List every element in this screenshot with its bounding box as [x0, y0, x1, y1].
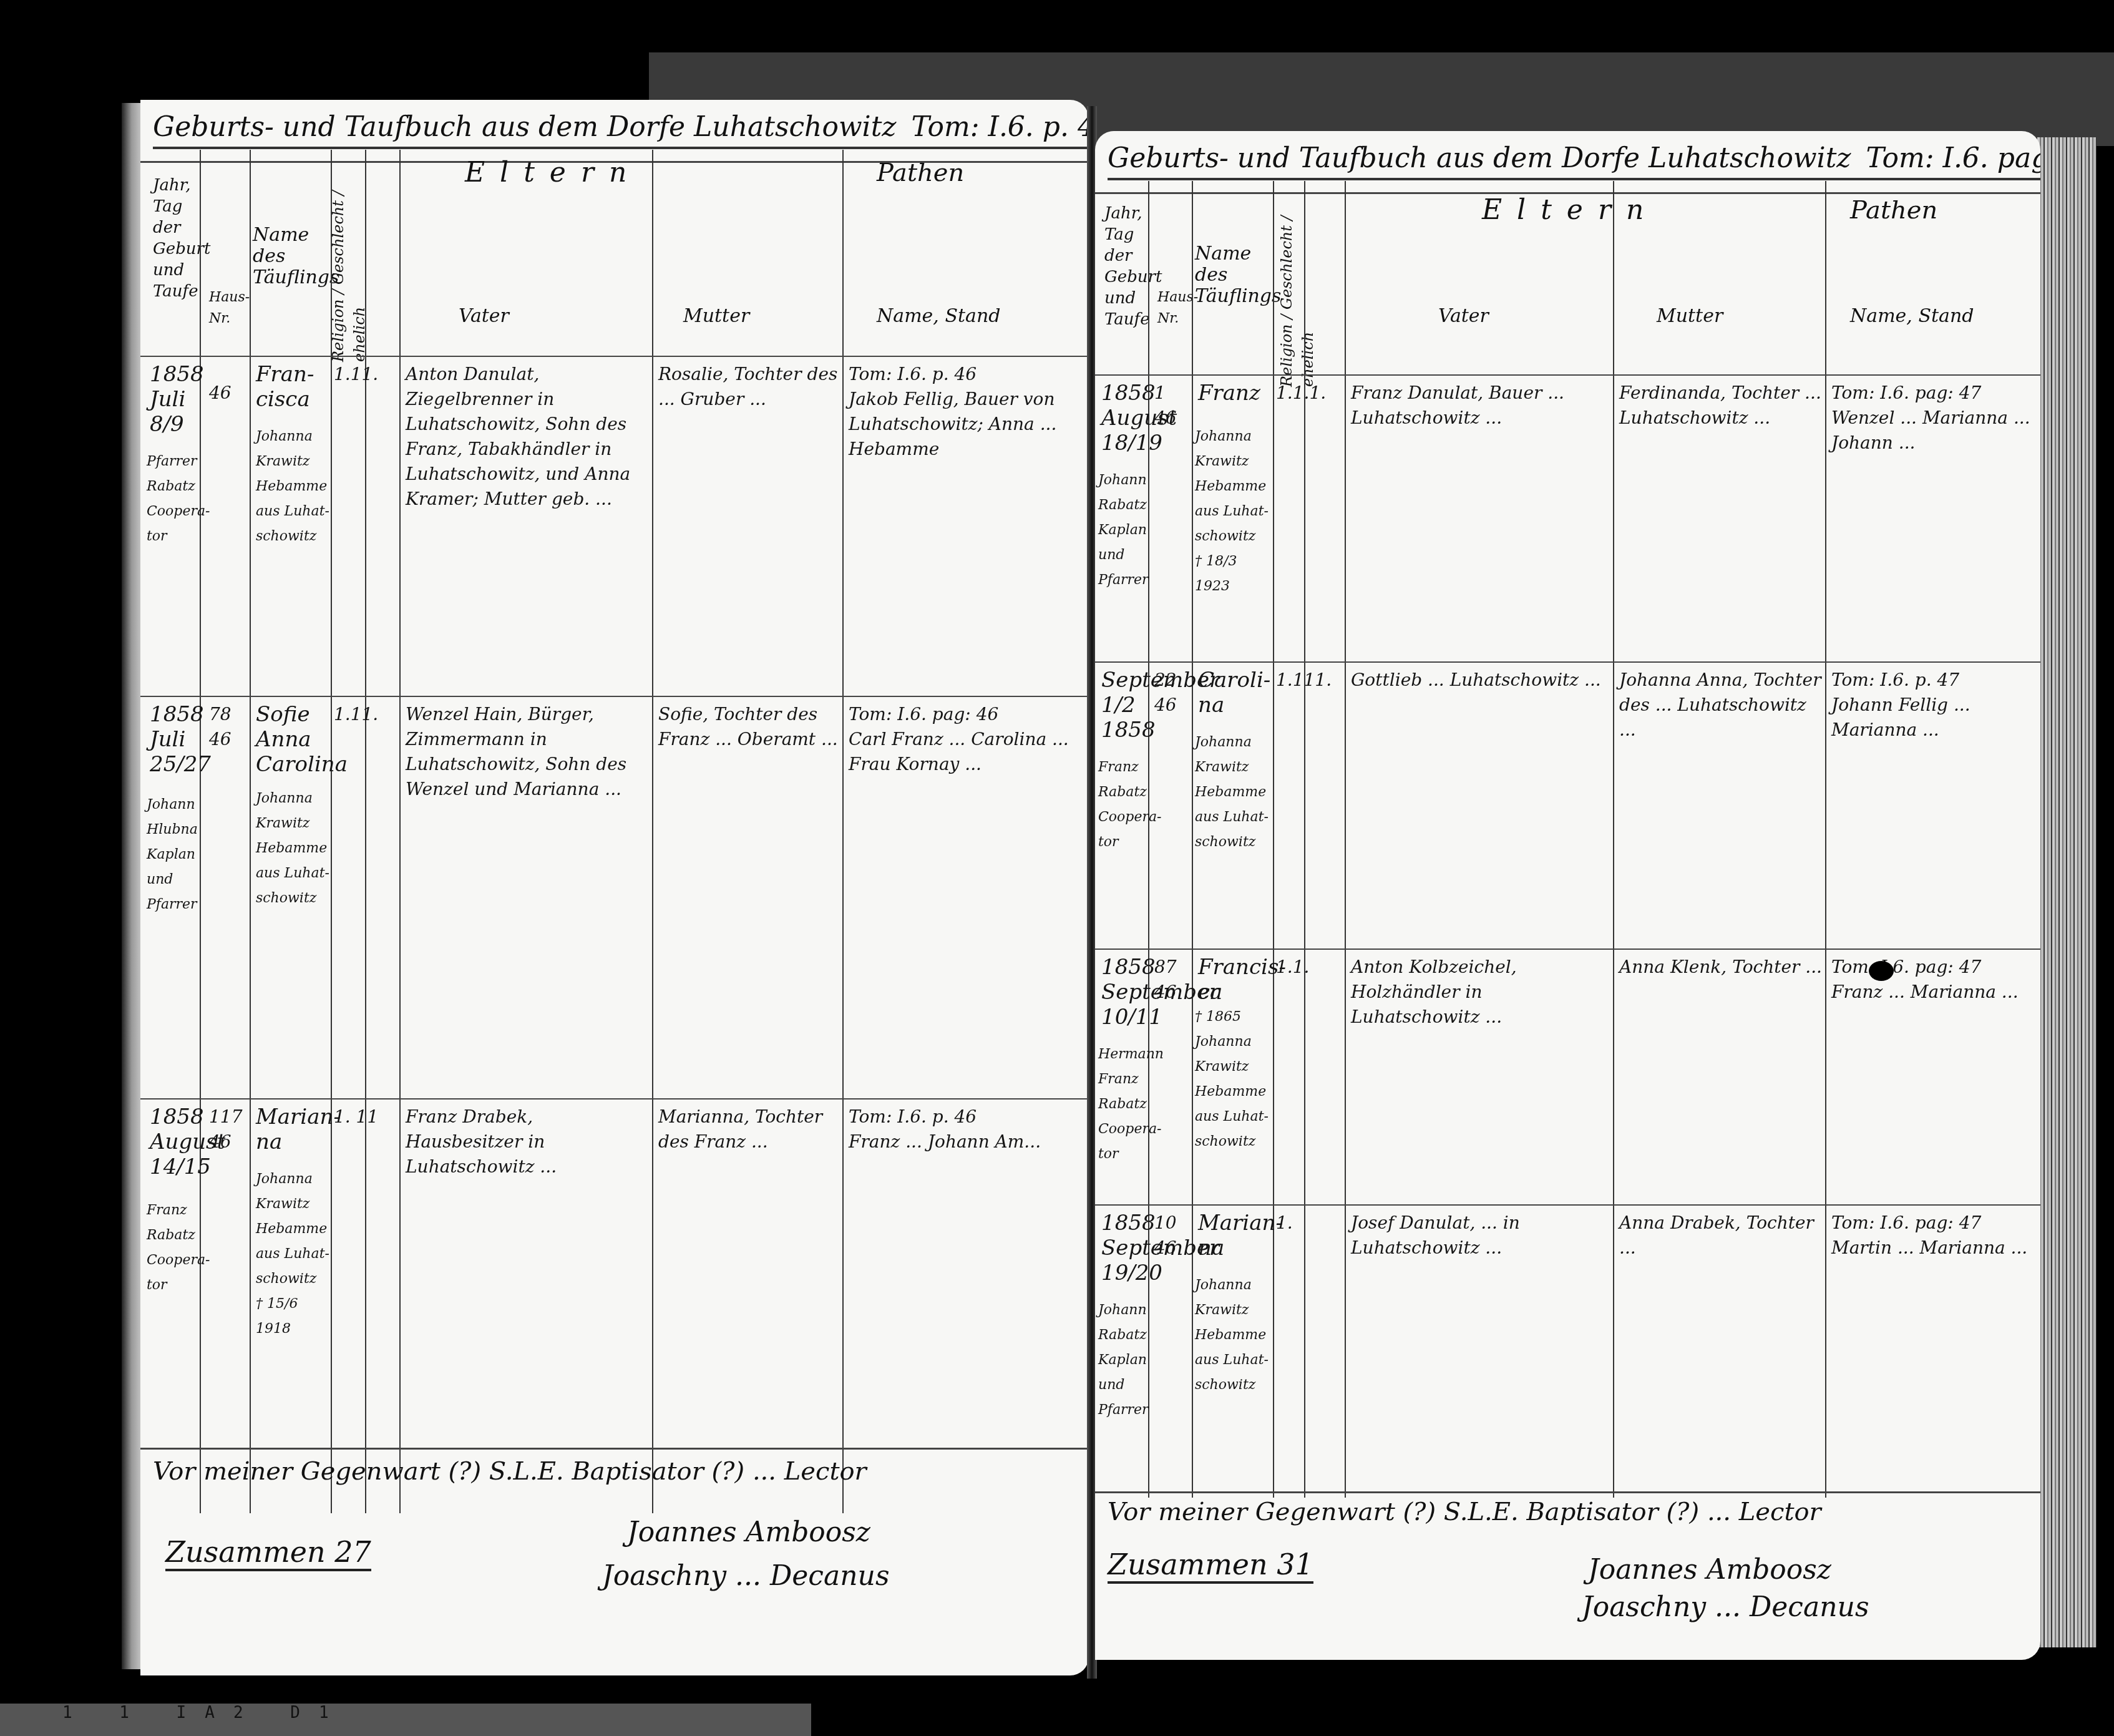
entry-name: Fran- cisca: [256, 362, 331, 412]
column-rule: [652, 150, 653, 1513]
entry-godparents: Tom: I.6. pag: 47 Martin ... Marianna ..…: [1831, 1211, 2031, 1261]
entry-name: Francis- ca: [1198, 955, 1273, 1005]
signature: Joannes Amboosz: [1588, 1554, 1831, 1586]
entry-father: Gottlieb ... Luhatschowitz ...: [1351, 668, 1610, 693]
entry-flags: 1.1.: [1276, 955, 1345, 980]
entry-house: 78 46: [209, 702, 246, 752]
right-page: Geburts- und Taufbuch aus dem Dorfe Luha…: [1095, 131, 2040, 1660]
entry-name: Sofie Anna Carolina: [256, 702, 331, 777]
entry-name: Franz: [1198, 381, 1273, 406]
entry-priest: Johann Rabatz Kaplan und Pfarrer: [1098, 468, 1151, 593]
column-rule: [1192, 181, 1193, 1498]
entry-father: Josef Danulat, ... in Luhatschowitz ...: [1351, 1211, 1610, 1261]
entry-date: 1858 Juli 8/9: [150, 362, 200, 437]
attestation: Vor meiner Gegenwart (?) S.L.E. Baptisat…: [153, 1457, 867, 1486]
column-rule: [365, 150, 366, 1513]
entry-midwife: Johanna Krawitz Hebamme aus Luhat- schow…: [256, 1167, 337, 1342]
page-title: Geburts- und Taufbuch aus dem Dorfe Luha…: [153, 111, 1089, 149]
entry-date: 1858 September 10/11: [1101, 955, 1151, 1030]
entry-mother: Anna Klenk, Tochter ...: [1619, 955, 1822, 980]
tom-reference: Tom: I.6. p. 46: [912, 111, 1089, 143]
row-rule: [140, 1448, 1089, 1450]
entry-flags: 1.11.: [334, 362, 396, 387]
entry-name: Caroli- na: [1198, 668, 1273, 718]
entry-priest: Franz Rabatz Coopera- tor: [147, 1198, 203, 1298]
header-date: Jahr, Tag der Geburt und Taufe: [153, 175, 203, 302]
scan-ruler: 1 1 IA2 D1: [0, 1704, 811, 1736]
row-rule: [140, 1098, 1089, 1100]
column-rule: [842, 150, 844, 1513]
entry-priest: Johann Rabatz Kaplan und Pfarrer: [1098, 1298, 1151, 1423]
entry-priest: Hermann Franz Rabatz Coopera- tor: [1098, 1042, 1151, 1167]
header-parents-group: Eltern: [465, 162, 641, 183]
total-count: Zusammen 27: [165, 1535, 371, 1571]
attestation: Vor meiner Gegenwart (?) S.L.E. Baptisat…: [1108, 1498, 1821, 1526]
column-rule: [1304, 181, 1305, 1498]
entry-priest: Franz Rabatz Coopera- tor: [1098, 755, 1151, 855]
entry-house: 1 46: [1154, 381, 1192, 431]
header-flags: Religion / Geschlecht / ehelich: [328, 175, 370, 362]
entry-name: Marian- na: [256, 1105, 331, 1154]
entry-flags: 1.111.: [1276, 668, 1345, 693]
entry-mother: Ferdinanda, Tochter ... Luhatschowitz ..…: [1619, 381, 1822, 431]
row-rule: [1095, 1204, 2040, 1206]
header-godparents: Name, Stand: [1850, 306, 1974, 327]
header-godparents-group: Pathen: [1850, 200, 1937, 221]
header-mother: Mutter: [683, 306, 749, 327]
entry-priest: Johann Hlubna Kaplan und Pfarrer: [147, 792, 203, 917]
entry-date: 1858 August 14/15: [150, 1105, 200, 1179]
entry-date: 1858 September 19/20: [1101, 1211, 1151, 1285]
entry-father: Wenzel Hain, Bürger, Zimmermann in Luhat…: [406, 702, 649, 802]
entry-date: 1858 August 18/19: [1101, 381, 1151, 456]
entry-midwife: † 1865 Johanna Krawitz Hebamme aus Luhat…: [1195, 1005, 1276, 1154]
entry-midwife: Johanna Krawitz Hebamme aus Luhat- schow…: [256, 786, 331, 911]
header-name: Name des Täuflings: [253, 225, 328, 288]
column-rule: [250, 150, 251, 1513]
entry-date: 1858 Juli 25/27: [150, 702, 200, 777]
entry-midwife: Johanna Krawitz Hebamme aus Luhat- schow…: [1195, 424, 1276, 599]
signature: Joaschny ... Decanus: [1582, 1591, 1869, 1623]
header-father: Vater: [459, 306, 509, 327]
entry-mother: Rosalie, Tochter des ... Gruber ...: [658, 362, 839, 412]
header-house: Haus-Nr.: [1157, 287, 1195, 329]
total-count: Zusammen 31: [1108, 1548, 1313, 1584]
left-page: Geburts- und Taufbuch aus dem Dorfe Luha…: [140, 100, 1089, 1675]
header-date: Jahr, Tag der Geburt und Taufe: [1104, 203, 1154, 330]
entry-father: Franz Drabek, Hausbesitzer in Luhatschow…: [406, 1105, 649, 1179]
entry-father: Franz Danulat, Bauer ... Luhatschowitz .…: [1351, 381, 1610, 431]
signature: Joannes Amboosz: [627, 1516, 870, 1548]
entry-godparents: Tom: I.6. pag: 47 Wenzel ... Marianna ..…: [1831, 381, 2031, 456]
entry-flags: 1. 11: [334, 1105, 396, 1129]
entry-flags: 1.: [1276, 1211, 1345, 1236]
row-rule: [1095, 948, 2040, 950]
entry-godparents: Tom: I.6. pag: 47 Franz ... Marianna ...: [1831, 955, 2031, 1005]
entry-midwife: Johanna Krawitz Hebamme aus Luhat- schow…: [1195, 1273, 1276, 1398]
entry-mother: Anna Drabek, Tochter ...: [1619, 1211, 1822, 1261]
row-rule: [1095, 661, 2040, 663]
row-rule: [140, 356, 1089, 357]
entry-mother: Johanna Anna, Tochter des ... Luhatschow…: [1619, 668, 1822, 743]
header-mother: Mutter: [1657, 306, 1723, 327]
entry-house: 22 46: [1154, 668, 1192, 718]
entry-house: 46: [209, 381, 246, 406]
entry-father: Anton Danulat, Ziegelbrenner in Luhatsch…: [406, 362, 649, 512]
entry-godparents: Tom: I.6. p. 46 Jakob Fellig, Bauer von …: [849, 362, 1079, 462]
header-flags: Religion / Geschlecht / ehelich: [1276, 200, 1318, 387]
entry-name: Marian- na: [1198, 1211, 1273, 1261]
entry-house: 117 46: [209, 1105, 246, 1154]
entry-flags: 1.1.1.: [1276, 381, 1345, 406]
row-rule: [140, 696, 1089, 697]
header-father: Vater: [1438, 306, 1489, 327]
header-house: Haus-Nr.: [209, 287, 246, 329]
header-godparents-group: Pathen: [877, 162, 964, 183]
column-rule: [1345, 181, 1346, 1498]
book-edge-right: [2037, 137, 2097, 1647]
column-rule: [1613, 181, 1614, 1498]
entry-godparents: Tom: I.6. pag: 46 Carl Franz ... Carolin…: [849, 702, 1079, 777]
entry-midwife: Johanna Krawitz Hebamme aus Luhat- schow…: [1195, 730, 1276, 855]
header-name: Name des Täuflings: [1195, 243, 1276, 307]
entry-flags: 1.11.: [334, 702, 396, 727]
entry-house: 10 46: [1154, 1211, 1192, 1261]
entry-mother: Marianna, Tochter des Franz ...: [658, 1105, 839, 1154]
entry-mother: Sofie, Tochter des Franz ... Oberamt ...: [658, 702, 839, 752]
tom-reference: Tom: I.6. pag: 47: [1866, 142, 2040, 174]
column-rule: [1825, 181, 1826, 1498]
signature: Joaschny ... Decanus: [602, 1560, 890, 1592]
page-title: Geburts- und Taufbuch aus dem Dorfe Luha…: [1108, 142, 2040, 180]
entry-date: September 1/2 1858: [1101, 668, 1151, 743]
entry-house: 87 46: [1154, 955, 1192, 1005]
header-godparents: Name, Stand: [877, 306, 1000, 327]
header-parents-group: Eltern: [1482, 200, 1659, 221]
row-rule: [1095, 1491, 2040, 1493]
entry-godparents: Tom: I.6. p. 46 Franz ... Johann Am...: [849, 1105, 1079, 1154]
ink-blot: [1869, 961, 1894, 981]
entry-midwife: Johanna Krawitz Hebamme aus Luhat- schow…: [256, 424, 331, 549]
entry-priest: Pfarrer Rabatz Coopera- tor: [147, 449, 203, 549]
row-rule: [1095, 374, 2040, 376]
entry-father: Anton Kolbzeichel, Holzhändler in Luhats…: [1351, 955, 1610, 1030]
entry-godparents: Tom: I.6. p. 47 Johann Fellig ... Marian…: [1831, 668, 2031, 743]
column-rule: [399, 150, 401, 1513]
